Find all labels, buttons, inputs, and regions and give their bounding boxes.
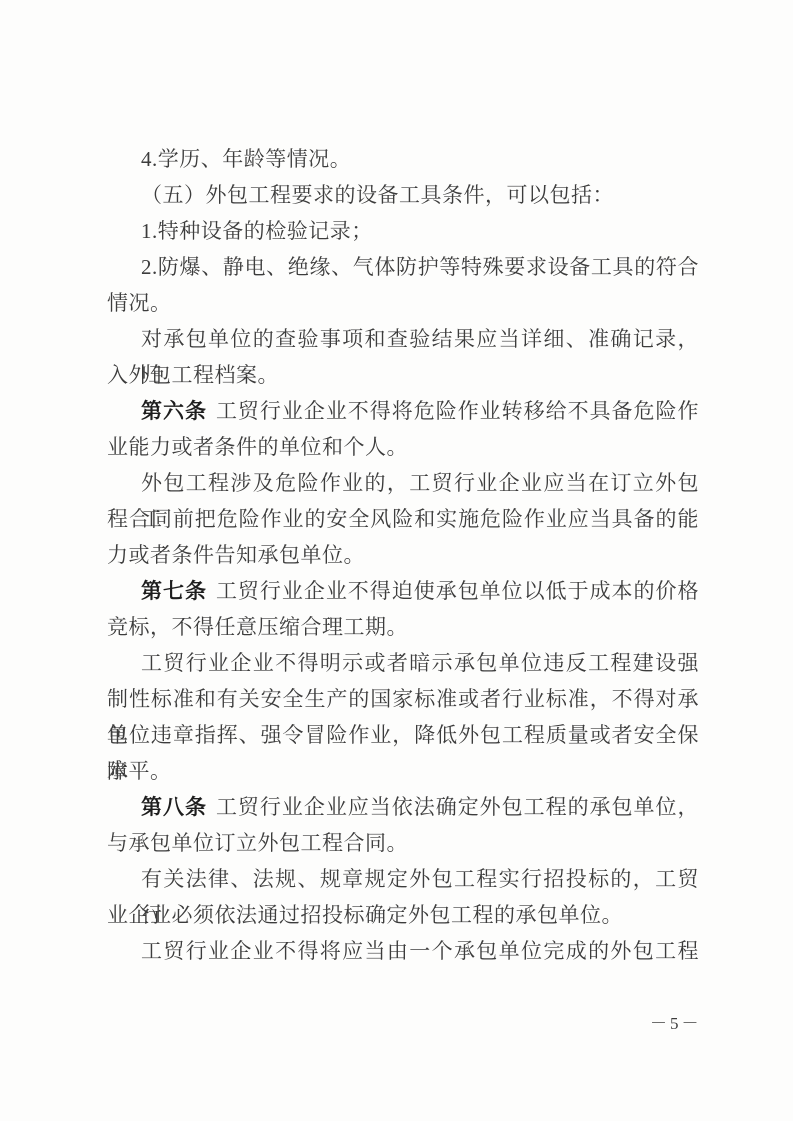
line-text: （五）外包工程要求的设备工具条件，可以包括：: [141, 183, 614, 207]
line-text: 工贸行业企业不得将应当由一个承包单位完成的外包工程: [141, 939, 699, 963]
text-line: 单位违章指挥、强令冒险作业，降低外包工程质量或者安全保障: [107, 717, 699, 753]
page-number: －5－: [650, 1009, 702, 1034]
text-line: 制性标准和有关安全生产的国家标准或者行业标准，不得对承包: [107, 681, 699, 717]
text-line: 工贸行业企业不得明示或者暗示承包单位违反工程建设强: [107, 645, 699, 681]
line-text: 入外包工程档案。: [107, 363, 279, 387]
text-line: 业能力或者条件的单位和个人。: [107, 429, 699, 465]
text-line: 4.学历、年龄等情况。: [107, 141, 699, 177]
text-line: 有关法律、法规、规章规定外包工程实行招投标的，工贸行: [107, 861, 699, 897]
text-line: 第六条工贸行业企业不得将危险作业转移给不具备危险作: [107, 393, 699, 429]
line-text: 情况。: [107, 291, 172, 315]
line-text: 4.学历、年龄等情况。: [141, 147, 351, 171]
text-line: 情况。: [107, 285, 699, 321]
line-text: 1.特种设备的检验记录；: [141, 219, 373, 243]
line-text: 业企业必须依法通过招投标确定外包工程的承包单位。: [107, 903, 623, 927]
text-line: 业企业必须依法通过招投标确定外包工程的承包单位。: [107, 897, 699, 933]
line-text: 力或者条件告知承包单位。: [107, 543, 365, 567]
text-line: 1.特种设备的检验记录；: [107, 213, 699, 249]
text-line: 第八条工贸行业企业应当依法确定外包工程的承包单位，: [107, 789, 699, 825]
text-line: 与承包单位订立外包工程合同。: [107, 825, 699, 861]
text-line: 水平。: [107, 753, 699, 789]
text-line: 竞标，不得任意压缩合理工期。: [107, 609, 699, 645]
line-text: 工贸行业企业应当依法确定外包工程的承包单位，: [216, 795, 699, 819]
line-text: 工贸行业企业不得迫使承包单位以低于成本的价格: [216, 579, 699, 603]
text-line: 入外包工程档案。: [107, 357, 699, 393]
text-line: 程合同前把危险作业的安全风险和实施危险作业应当具备的能: [107, 501, 699, 537]
line-text: 水平。: [107, 759, 172, 783]
line-text: 工贸行业企业不得明示或者暗示承包单位违反工程建设强: [141, 651, 699, 675]
text-line: 第七条工贸行业企业不得迫使承包单位以低于成本的价格: [107, 573, 699, 609]
article-number-label: 第八条: [141, 796, 207, 819]
line-text: 业能力或者条件的单位和个人。: [107, 435, 408, 459]
line-text: 与承包单位订立外包工程合同。: [107, 831, 408, 855]
line-text: 程合同前把危险作业的安全风险和实施危险作业应当具备的能: [107, 507, 699, 531]
text-line: 对承包单位的查验事项和查验结果应当详细、准确记录，归: [107, 321, 699, 357]
scanned-document-page: 4.学历、年龄等情况。 （五）外包工程要求的设备工具条件，可以包括： 1.特种设…: [0, 0, 793, 1121]
line-text: 2.防爆、静电、绝缘、气体防护等特殊要求设备工具的符合: [141, 255, 699, 279]
line-text: 竞标，不得任意压缩合理工期。: [107, 615, 408, 639]
article-number-label: 第六条: [141, 400, 207, 423]
article-number-label: 第七条: [141, 580, 207, 603]
text-line: （五）外包工程要求的设备工具条件，可以包括：: [107, 177, 699, 213]
line-text: 工贸行业企业不得将危险作业转移给不具备危险作: [216, 399, 699, 423]
text-line: 力或者条件告知承包单位。: [107, 537, 699, 573]
text-line: 外包工程涉及危险作业的，工贸行业企业应当在订立外包工: [107, 465, 699, 501]
text-line: 工贸行业企业不得将应当由一个承包单位完成的外包工程: [107, 933, 699, 969]
document-body: 4.学历、年龄等情况。 （五）外包工程要求的设备工具条件，可以包括： 1.特种设…: [107, 141, 699, 969]
text-line: 2.防爆、静电、绝缘、气体防护等特殊要求设备工具的符合: [107, 249, 699, 285]
